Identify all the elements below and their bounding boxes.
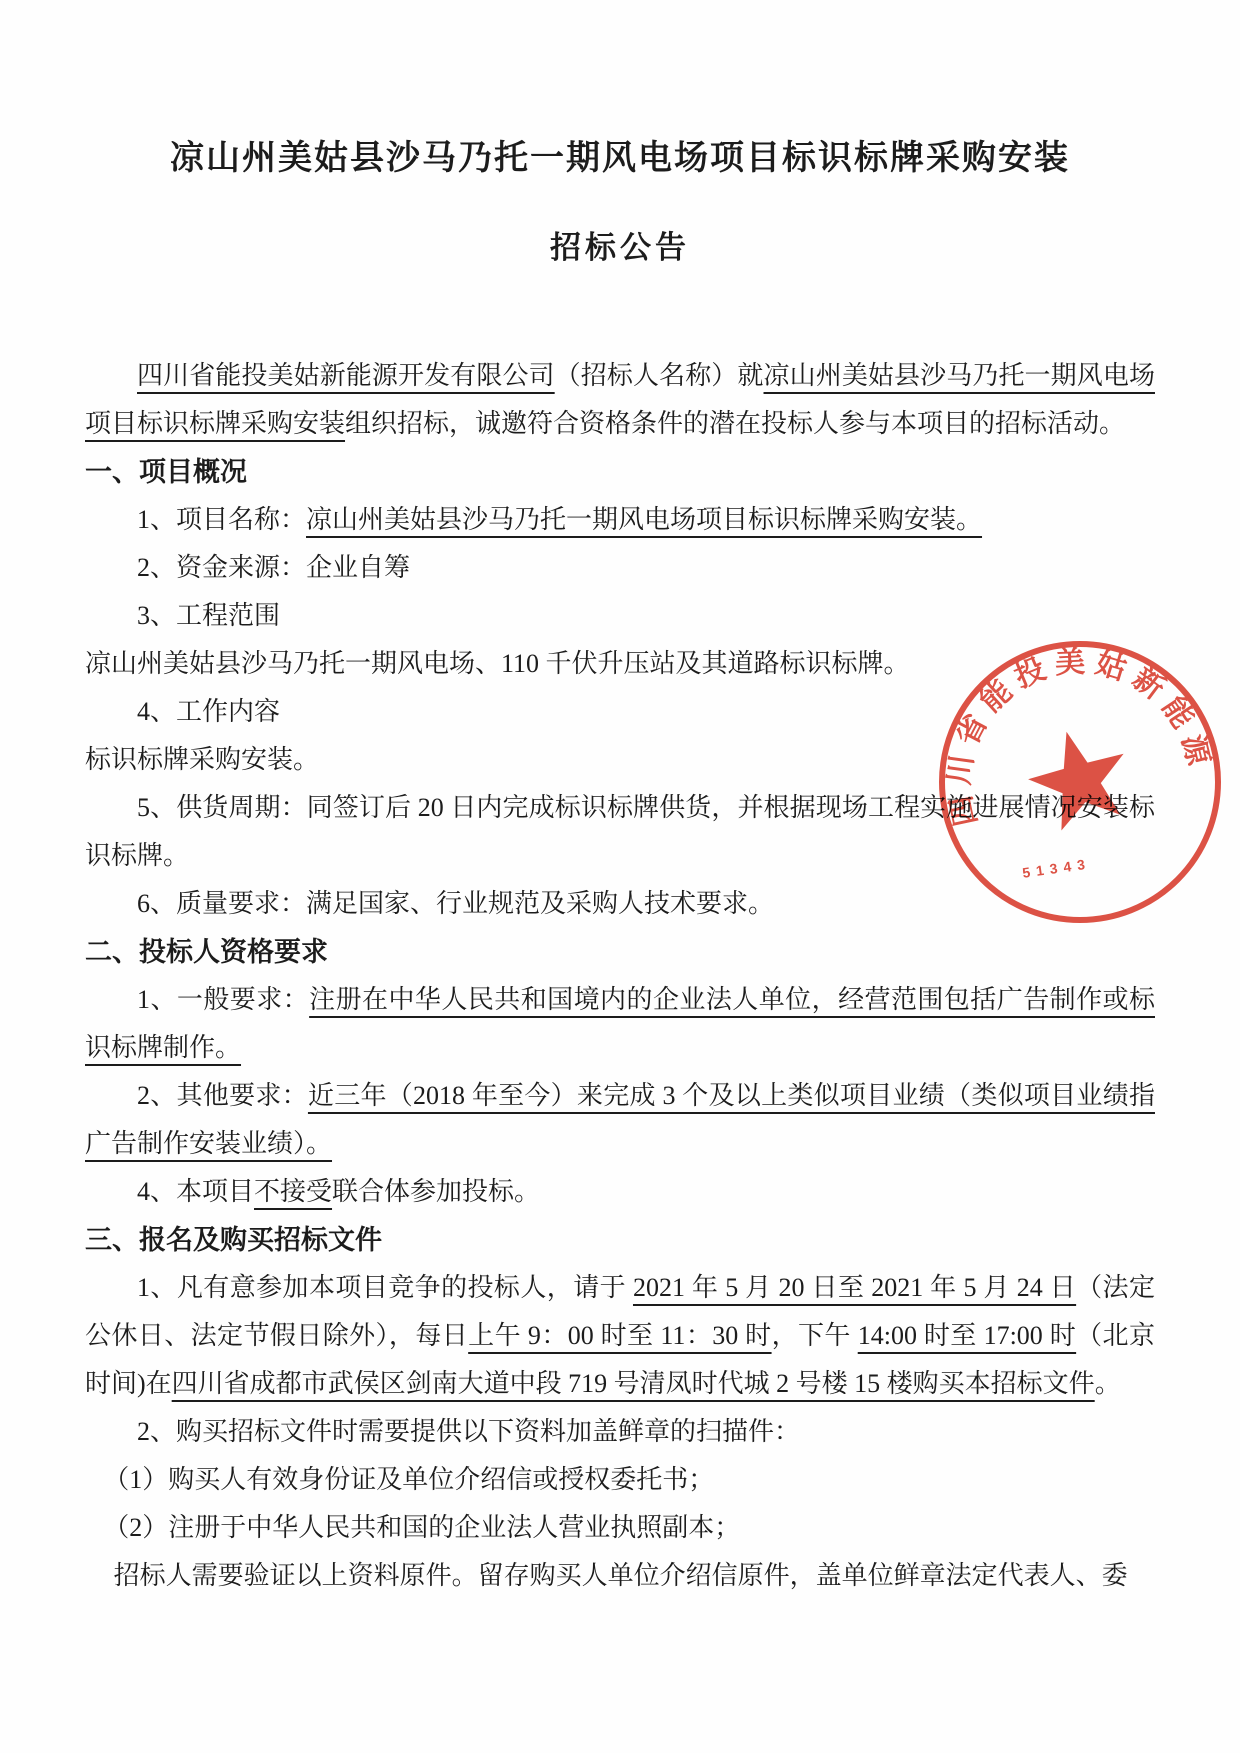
- text-run: 4、工作内容: [137, 697, 280, 726]
- underlined-text: 2021 年 5 月 20 日至 2021 年 5 月 24 日: [633, 1273, 1076, 1302]
- paragraph: 1、项目名称：凉山州美姑县沙马乃托一期风电场项目标识标牌采购安装。: [85, 496, 1155, 544]
- text-run: 。: [1095, 1369, 1121, 1398]
- document-subtitle: 招标公告: [85, 228, 1155, 268]
- text-run: 联合体参加投标。: [332, 1177, 540, 1206]
- underlined-text: 四川省成都市武侯区剑南大道中段 719 号清凤时代城 2 号楼 15 楼购买本招…: [172, 1369, 1095, 1398]
- text-run: 2、购买招标文件时需要提供以下资料加盖鲜章的扫描件：: [137, 1417, 800, 1446]
- text-run: 1、项目名称：: [137, 505, 306, 534]
- paragraph: 2、购买招标文件时需要提供以下资料加盖鲜章的扫描件：: [85, 1408, 1155, 1456]
- paragraph: 2、资金来源：企业自筹: [85, 544, 1155, 592]
- text-run: 1、凡有意参加本项目竞争的投标人，请于: [137, 1273, 633, 1302]
- underlined-text: 14:00 时至 17:00 时: [858, 1321, 1076, 1350]
- paragraph: 3、工程范围: [85, 592, 1155, 640]
- document-page: 四川省能投美姑新能源 51343 凉山州美姑县沙马乃托一期风电场项目标识标牌采购…: [0, 0, 1240, 1753]
- text-run: 标识标牌采购安装。: [85, 745, 319, 774]
- text-run: 2、资金来源：企业自筹: [137, 553, 410, 582]
- text-run: 4、本项目: [137, 1177, 254, 1206]
- paragraph: 招标人需要验证以上资料原件。留存购买人单位介绍信原件，盖单位鲜章法定代表人、委: [85, 1552, 1155, 1600]
- section-heading: 一、项目概况: [85, 448, 1155, 496]
- paragraph: （1）购买人有效身份证及单位介绍信或授权委托书；: [85, 1456, 1155, 1504]
- text-run: 1、一般要求：: [137, 985, 309, 1014]
- text-run: 三、报名及购买招标文件: [85, 1225, 382, 1255]
- paragraph: 2、其他要求：近三年（2018 年至今）来完成 3 个及以上类似项目业绩（类似项…: [85, 1072, 1155, 1168]
- paragraph: 6、质量要求：满足国家、行业规范及采购人技术要求。: [85, 880, 1155, 928]
- document-content: 凉山州美姑县沙马乃托一期风电场项目标识标牌采购安装 招标公告 四川省能投美姑新能…: [0, 0, 1240, 1600]
- paragraph: 四川省能投美姑新能源开发有限公司（招标人名称）就凉山州美姑县沙马乃托一期风电场项…: [85, 352, 1155, 448]
- paragraph: 1、凡有意参加本项目竞争的投标人，请于 2021 年 5 月 20 日至 202…: [85, 1264, 1155, 1408]
- underlined-text: 上午 9：00 时至 11：30 时: [468, 1321, 771, 1350]
- paragraph: 4、本项目不接受联合体参加投标。: [85, 1168, 1155, 1216]
- paragraph: 标识标牌采购安装。: [85, 736, 1155, 784]
- text-run: 3、工程范围: [137, 601, 280, 630]
- text-run: 一、项目概况: [85, 457, 247, 487]
- text-run: 招标人需要验证以上资料原件。留存购买人单位介绍信原件，盖单位鲜章法定代表人、委: [114, 1561, 1128, 1590]
- paragraph: 4、工作内容: [85, 688, 1155, 736]
- text-run: 组织招标，诚邀符合资格条件的潜在投标人参与本项目的招标活动。: [345, 409, 1125, 438]
- text-run: （1）购买人有效身份证及单位介绍信或授权委托书；: [103, 1465, 714, 1494]
- text-run: 凉山州美姑县沙马乃托一期风电场、110 千伏升压站及其道路标识标牌。: [85, 649, 910, 678]
- document-body: 四川省能投美姑新能源开发有限公司（招标人名称）就凉山州美姑县沙马乃托一期风电场项…: [85, 352, 1155, 1600]
- paragraph: （2）注册于中华人民共和国的企业法人营业执照副本；: [85, 1504, 1155, 1552]
- text-run: 5、供货周期：同签订后 20 日内完成标识标牌供货，并根据现场工程实施进展情况安…: [85, 793, 1155, 870]
- underlined-text: 四川省能投美姑新能源开发有限公司: [137, 361, 555, 390]
- text-run: （2）注册于中华人民共和国的企业法人营业执照副本；: [103, 1513, 740, 1542]
- text-run: （招标人名称）就: [555, 361, 764, 390]
- underlined-text: 不接受: [254, 1177, 332, 1206]
- paragraph: 凉山州美姑县沙马乃托一期风电场、110 千伏升压站及其道路标识标牌。: [85, 640, 1155, 688]
- text-run: 二、投标人资格要求: [85, 937, 328, 967]
- text-run: ，下午: [772, 1321, 858, 1350]
- text-run: 2、其他要求：: [137, 1081, 308, 1110]
- section-heading: 二、投标人资格要求: [85, 928, 1155, 976]
- section-heading: 三、报名及购买招标文件: [85, 1216, 1155, 1264]
- paragraph: 5、供货周期：同签订后 20 日内完成标识标牌供货，并根据现场工程实施进展情况安…: [85, 784, 1155, 880]
- paragraph: 1、一般要求：注册在中华人民共和国境内的企业法人单位，经营范围包括广告制作或标识…: [85, 976, 1155, 1072]
- document-title: 凉山州美姑县沙马乃托一期风电场项目标识标牌采购安装: [85, 136, 1155, 180]
- text-run: 6、质量要求：满足国家、行业规范及采购人技术要求。: [137, 889, 774, 918]
- underlined-text: 凉山州美姑县沙马乃托一期风电场项目标识标牌采购安装。: [306, 505, 982, 534]
